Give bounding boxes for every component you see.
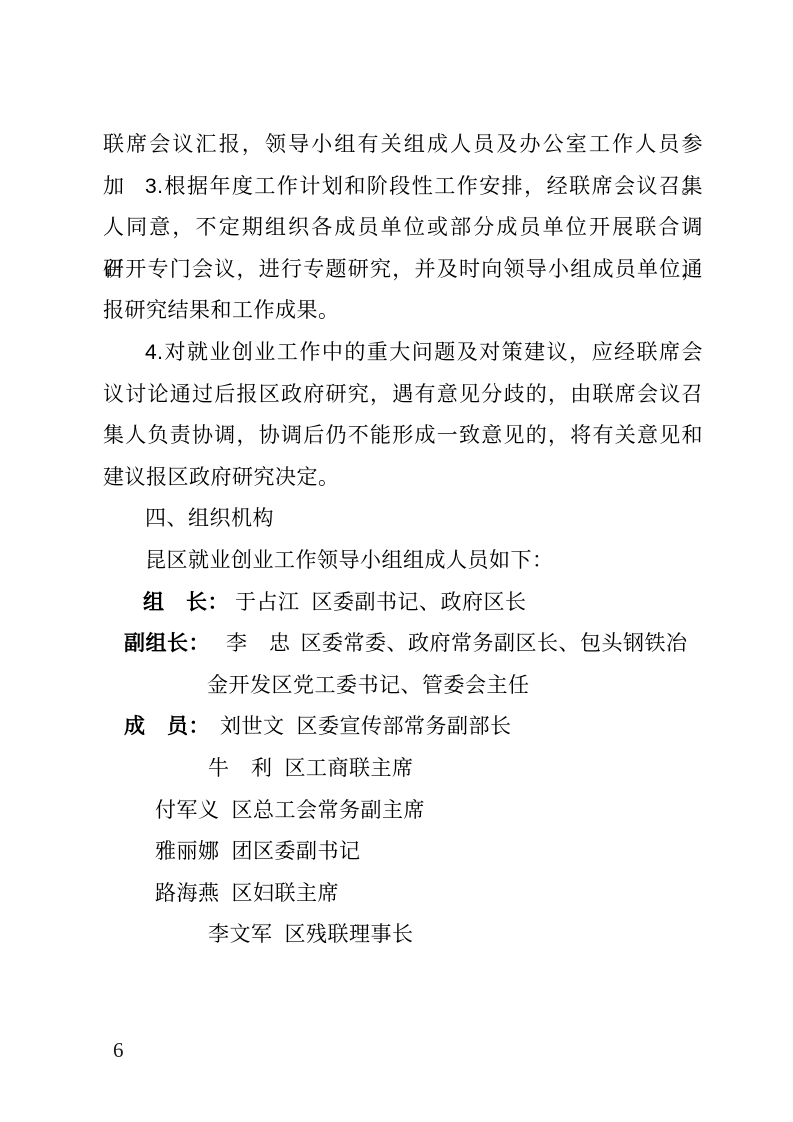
- roster-line-member: 成 员：刘世文区委宣传部常务副部长: [103, 706, 703, 748]
- page-number: 6: [113, 1038, 124, 1063]
- member-name: 牛 利: [208, 757, 273, 780]
- roster-line-member: 牛 利区工商联主席: [103, 748, 703, 790]
- body-line: 召开专门会议，进行专题研究，并及时向领导小组成员单位通: [103, 249, 703, 291]
- body-line: 3.根据年度工作计划和阶段性工作安排，经联席会议召集: [103, 166, 703, 208]
- member-name: 路海燕: [155, 882, 220, 905]
- deputy-name: 李 忠: [226, 632, 291, 655]
- body-line: 集人负责协调，协调后仍不能形成一致意见的，将有关意见和: [103, 415, 703, 457]
- body-line: 议讨论通过后报区政府研究，遇有意见分歧的，由联席会议召: [103, 374, 703, 416]
- section-heading: 四、组织机构: [103, 498, 703, 540]
- roster-line-member: 李文军区残联理事长: [103, 914, 703, 956]
- member-title: 区残联理事长: [285, 923, 414, 946]
- deputy-title: 区委常委、政府常务副区长、包头钢铁冶: [301, 632, 688, 655]
- leader-title: 区委副书记、政府区长: [312, 591, 527, 614]
- body-line: 建议报区政府研究决定。: [103, 457, 703, 499]
- leader-label: 组 长：: [143, 591, 229, 614]
- member-title: 区妇联主席: [232, 882, 340, 905]
- document-page: 联席会议汇报，领导小组有关组成人员及办公室工作人员参加。 3.根据年度工作计划和…: [0, 0, 793, 1122]
- roster-line-member: 雅丽娜团区委副书记: [103, 831, 703, 873]
- member-title: 团区委副书记: [232, 840, 361, 863]
- roster-line-deputy: 副组长：李 忠区委常委、政府常务副区长、包头钢铁冶: [103, 623, 703, 665]
- member-name: 雅丽娜: [155, 840, 220, 863]
- member-name: 李文军: [208, 923, 273, 946]
- members-label: 成 员：: [124, 715, 210, 738]
- body-line: 报研究结果和工作成果。: [103, 290, 703, 332]
- member-title: 区委宣传部常务副部长: [297, 715, 512, 738]
- member-title: 区工商联主席: [285, 757, 414, 780]
- roster-line-member: 路海燕区妇联主席: [103, 873, 703, 915]
- body-line: 人同意，不定期组织各成员单位或部分成员单位开展联合调研，: [103, 207, 703, 249]
- roster-line-deputy-cont: 金开发区党工委书记、管委会主任: [103, 665, 703, 707]
- body-line: 4.对就业创业工作中的重大问题及对策建议，应经联席会: [103, 332, 703, 374]
- roster-line-member: 付军义区总工会常务副主席: [103, 790, 703, 832]
- body-line: 联席会议汇报，领导小组有关组成人员及办公室工作人员参加。: [103, 124, 703, 166]
- leader-name: 于占江: [235, 591, 300, 614]
- member-name: 刘世文: [220, 715, 285, 738]
- document-body: 联席会议汇报，领导小组有关组成人员及办公室工作人员参加。 3.根据年度工作计划和…: [103, 124, 703, 956]
- member-title: 区总工会常务副主席: [232, 799, 426, 822]
- intro-line: 昆区就业创业工作领导小组组成人员如下：: [103, 540, 703, 582]
- deputy-label: 副组长：: [124, 632, 210, 655]
- roster-line-leader: 组 长：于占江区委副书记、政府区长: [103, 582, 703, 624]
- member-name: 付军义: [155, 799, 220, 822]
